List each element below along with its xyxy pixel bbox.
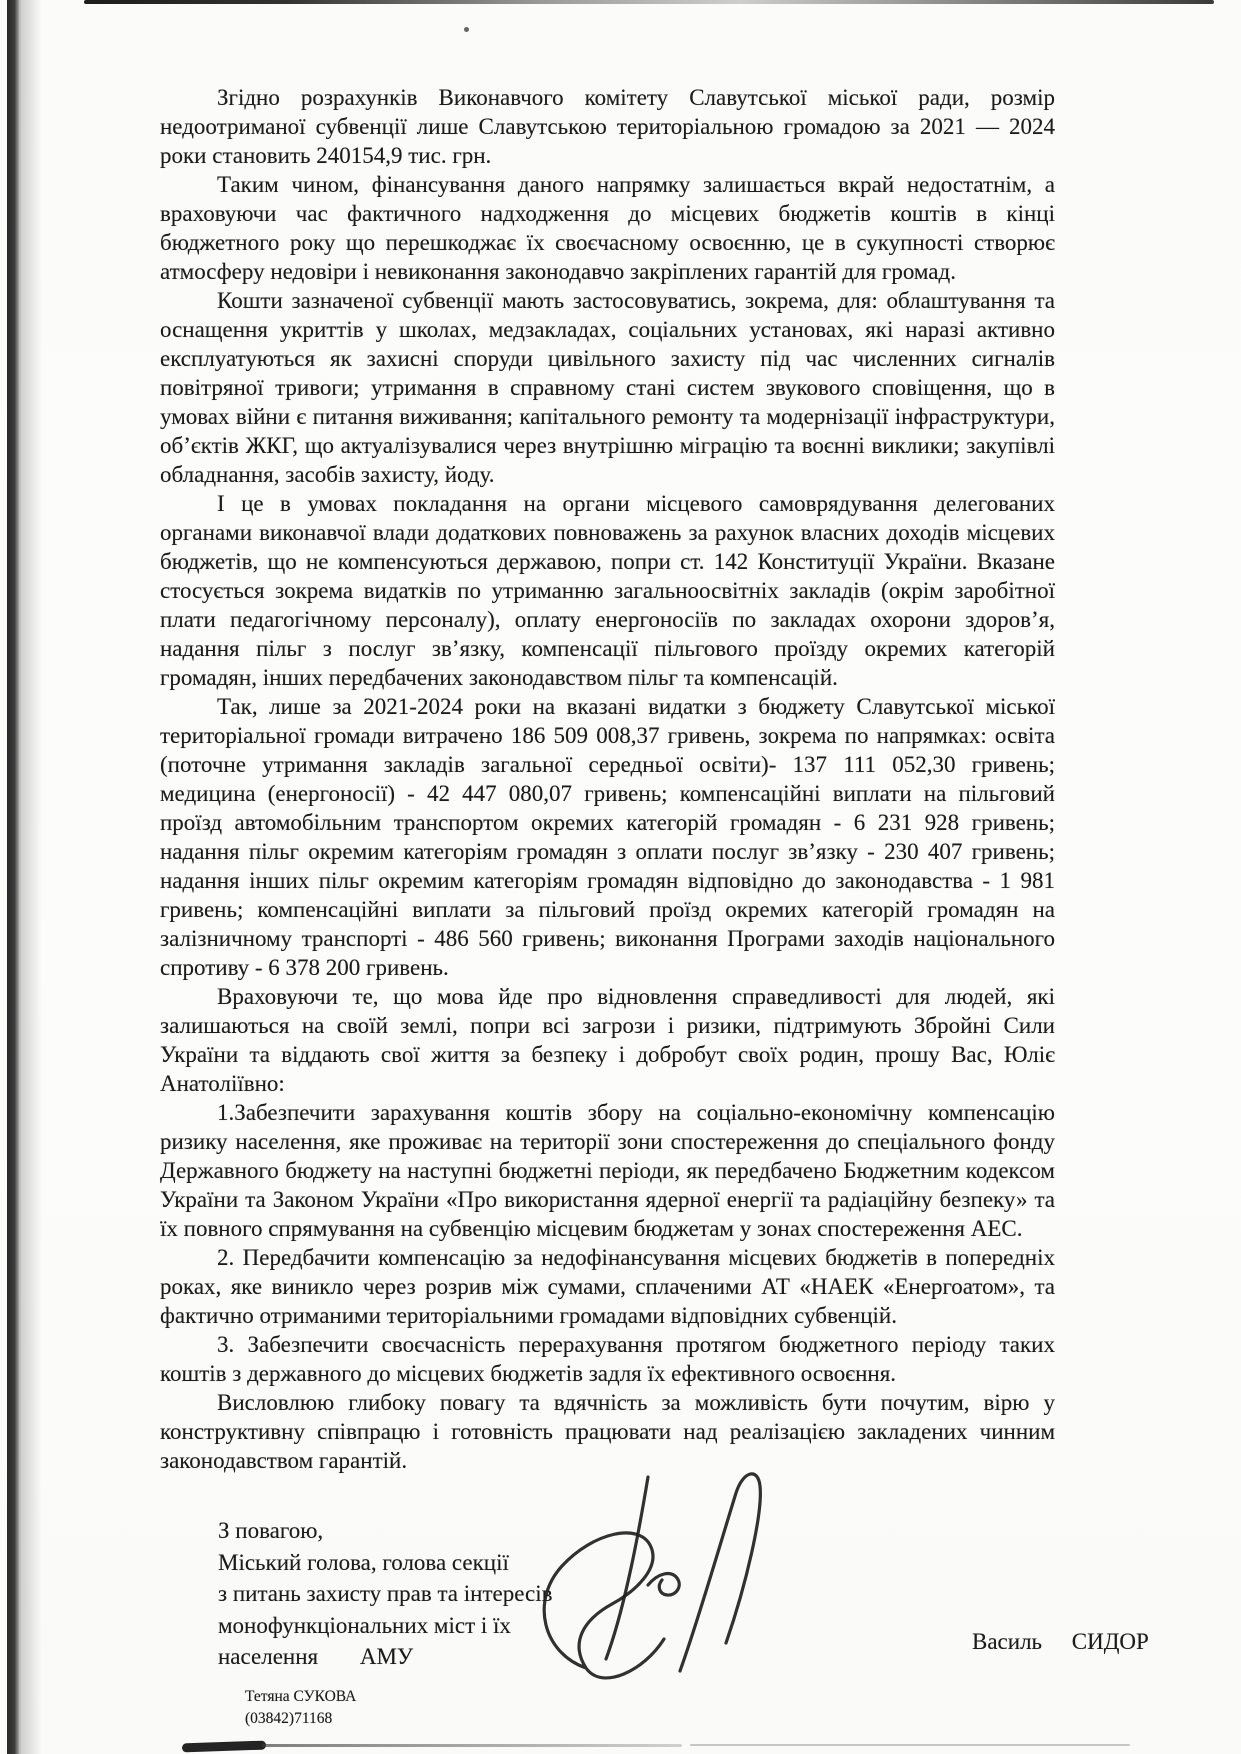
scanned-letter-page: Згідно розрахунків Виконавчого комітету … (0, 0, 1241, 1754)
scan-smudge-bottom (262, 1744, 682, 1747)
executor-phone: (03842)71168 (245, 1708, 1055, 1730)
scan-streak-bottom (690, 1744, 1130, 1746)
letter-paragraph: І це в умовах покладання на органи місце… (160, 489, 1055, 692)
scan-edge-artifact-left (7, 0, 21, 1754)
scan-mark-bottom (182, 1741, 266, 1753)
letter-paragraph-item-1: 1.Забезпечити зарахування коштів збору н… (160, 1098, 1055, 1243)
letter-paragraph: Враховуючи те, що мова йде про відновлен… (160, 982, 1055, 1098)
scan-edge-shadow-left (20, 0, 42, 1754)
closing-block: З повагою, Міський голова, голова секції… (160, 1515, 1055, 1677)
letter-paragraph: Так, лише за 2021-2024 роки на вказані в… (160, 692, 1055, 982)
closing-line: Міський голова, голова секції (218, 1547, 552, 1579)
closing-line: з питань захисту прав та інтересів (218, 1578, 552, 1610)
letter-paragraph-item-3: 3. Забезпечити своєчасність перерахуванн… (160, 1330, 1055, 1388)
letter-paragraph-item-2: 2. Передбачити компенсацію за недофінанс… (160, 1243, 1055, 1330)
closing-line: З повагою, (218, 1515, 552, 1547)
signer-name: Василь СИДОР (972, 1627, 1149, 1656)
letter-paragraph: Таким чином, фінансування даного напрямк… (160, 170, 1055, 286)
executor-contact: Тетяна СУКОВА (03842)71168 (160, 1686, 1055, 1730)
scan-speck-artifact (464, 27, 469, 32)
scan-edge-artifact-top (84, 0, 1214, 4)
letter-paragraph: Кошти зазначеної субвенції мають застосо… (160, 286, 1055, 489)
handwritten-signature (528, 1463, 790, 1681)
closing-line: монофункціональних міст і їх (218, 1610, 552, 1642)
letter-paragraph: Згідно розрахунків Виконавчого комітету … (160, 83, 1055, 170)
letter-paragraph: Висловлюю глибоку повагу та вдячність за… (160, 1388, 1055, 1475)
closing-lines: З повагою, Міський голова, голова секції… (218, 1515, 552, 1673)
executor-name: Тетяна СУКОВА (245, 1686, 1055, 1708)
letter-text-column: Згідно розрахунків Виконавчого комітету … (160, 83, 1055, 1730)
closing-line: населення АМУ (218, 1641, 552, 1673)
